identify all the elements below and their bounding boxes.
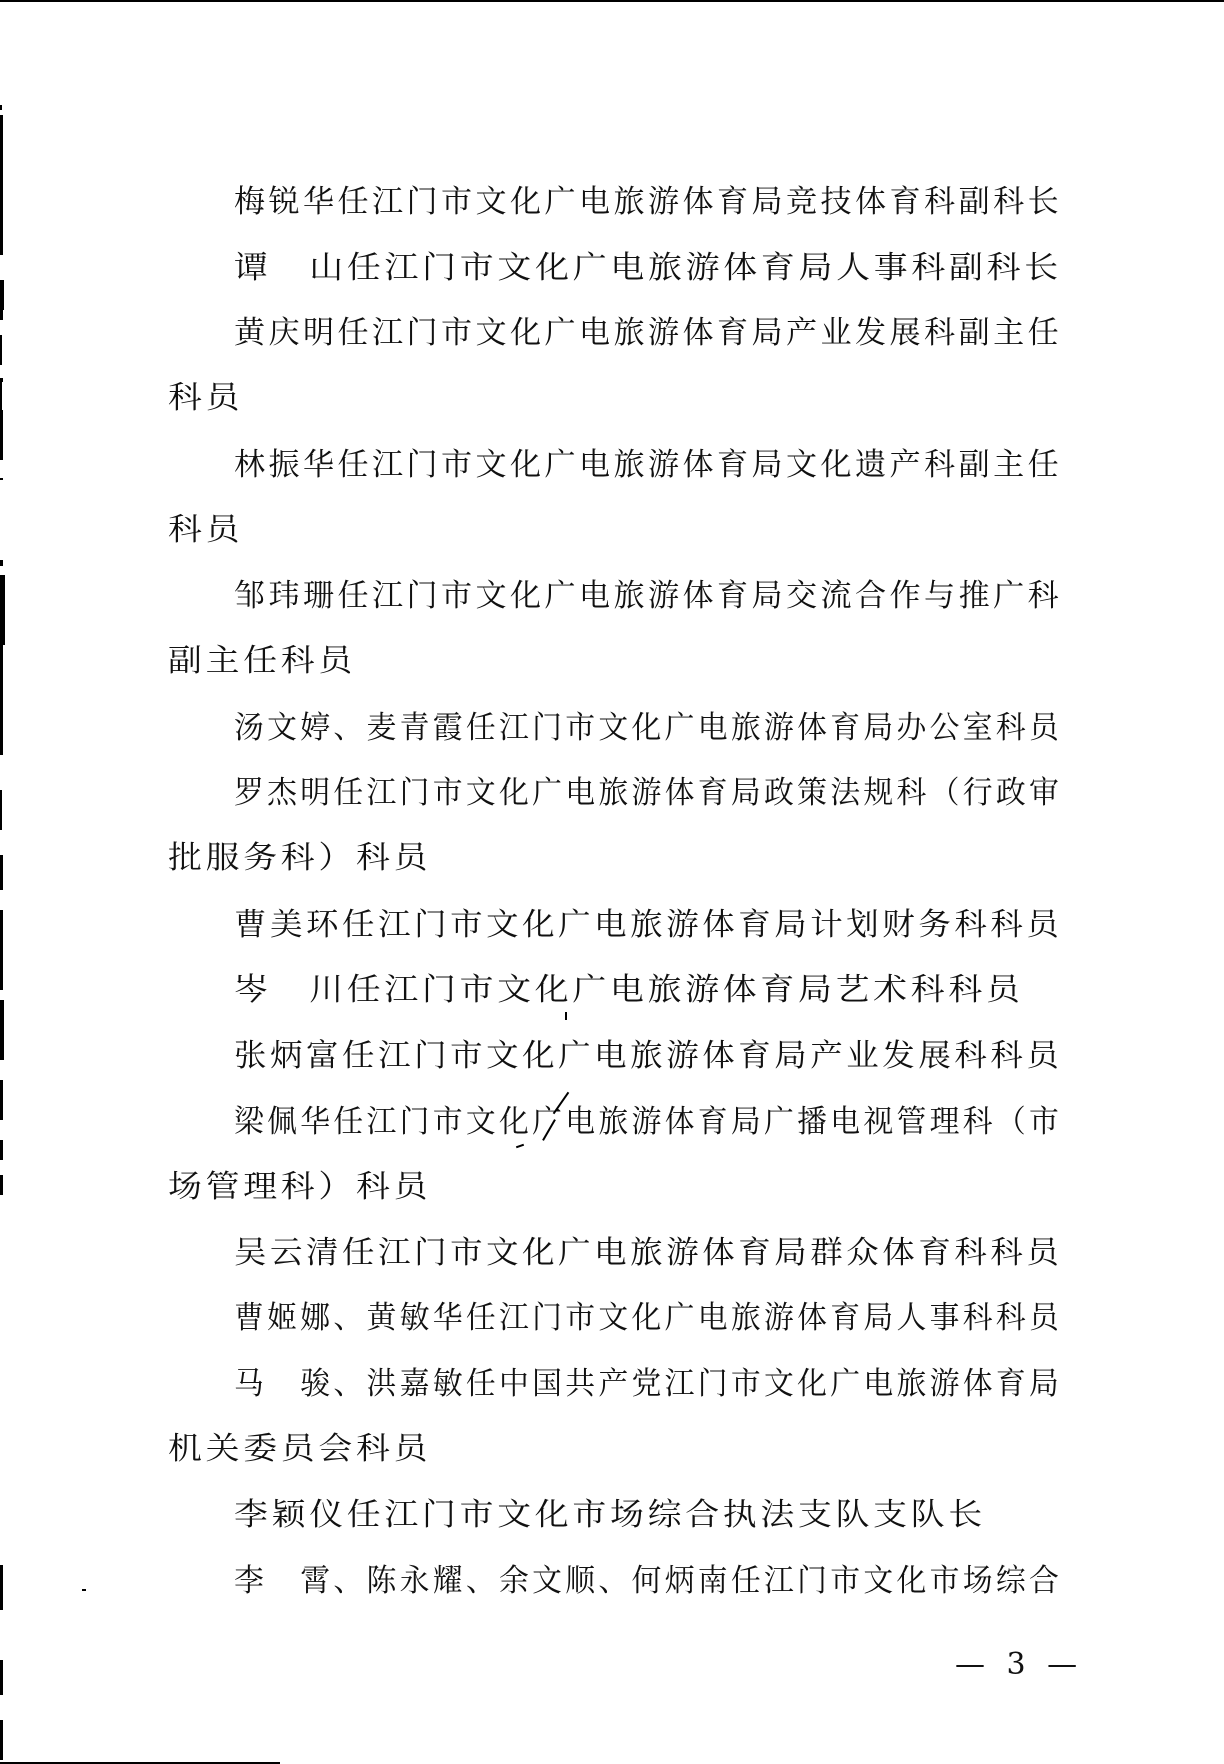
scan-edge-mark [0, 790, 2, 830]
scan-edge-mark [0, 170, 2, 255]
scan-edge-mark [0, 1080, 3, 1120]
scan-edge-mark [0, 575, 5, 645]
scan-edge-mark [0, 855, 3, 890]
scan-edge-mark [0, 0, 1224, 2]
text-line: 林振华任江门市文化广电旅游体育局文化遗产科副主任 [234, 445, 1062, 485]
text-line: 吴云清任江门市文化广电旅游体育局群众体育科科员 [234, 1233, 1062, 1273]
scan-edge-mark [0, 1720, 3, 1760]
text-line: 马 骏、洪嘉敏任中国共产党江门市文化广电旅游体育局 [234, 1364, 1062, 1404]
scan-edge-mark [0, 1000, 4, 1060]
scan-edge-mark [0, 478, 3, 480]
text-line: 副主任科员 [168, 641, 356, 681]
page-number: — 3 — [955, 1645, 1083, 1685]
scan-edge-mark [0, 910, 3, 990]
scan-edge-mark [0, 285, 3, 320]
text-line: 张炳富任江门市文化广电旅游体育局产业发展科科员 [234, 1036, 1062, 1076]
text-line: 谭 山任江门市文化广电旅游体育局人事科副科长 [234, 248, 1062, 288]
text-line: 机关委员会科员 [168, 1429, 431, 1469]
scan-edge-mark [0, 1175, 3, 1195]
scan-edge-mark [0, 335, 2, 365]
text-line: 李颖仪任江门市文化市场综合执法支队支队长 [234, 1495, 986, 1535]
scan-edge-mark [0, 1565, 3, 1610]
pen-mark [565, 1012, 567, 1020]
text-line: 批服务科）科员 [168, 838, 431, 878]
text-line: 岑 川任江门市文化广电旅游体育局艺术科科员 [234, 970, 1024, 1010]
text-line: 曹姬娜、黄敏华任江门市文化广电旅游体育局人事科科员 [234, 1298, 1062, 1338]
text-line: 场管理科）科员 [168, 1167, 431, 1207]
text-line: 罗杰明任江门市文化广电旅游体育局政策法规科（行政审 [234, 773, 1062, 813]
text-line: 曹美环任江门市文化广电旅游体育局计划财务科科员 [234, 905, 1062, 945]
scan-edge-mark [0, 380, 2, 408]
scan-edge-mark [0, 560, 3, 566]
text-line: 黄庆明任江门市文化广电旅游体育局产业发展科副主任 [234, 313, 1062, 353]
text-line: 梁佩华任江门市文化广电旅游体育局广播电视管理科（市 [234, 1102, 1062, 1142]
pen-mark [82, 1589, 86, 1591]
pen-mark [516, 1144, 524, 1149]
text-line: 李 霄、陈永耀、余文顺、何炳南任江门市文化市场综合 [234, 1561, 1062, 1601]
text-line: 梅锐华任江门市文化广电旅游体育局竞技体育科副科长 [234, 182, 1062, 222]
scan-edge-mark [0, 105, 2, 110]
text-line: 汤文婷、麦青霞任江门市文化广电旅游体育局办公室科员 [234, 708, 1062, 748]
scan-edge-mark [0, 410, 3, 460]
document-page: 梅锐华任江门市文化广电旅游体育局竞技体育科副科长谭 山任江门市文化广电旅游体育局… [0, 0, 1224, 1764]
scan-edge-mark [0, 1660, 3, 1695]
text-line: 邹玮珊任江门市文化广电旅游体育局交流合作与推广科 [234, 576, 1062, 616]
scan-edge-mark [0, 645, 3, 755]
scan-edge-mark [0, 1140, 3, 1160]
text-line: 科员 [168, 510, 243, 550]
text-line: 科员 [168, 378, 243, 418]
